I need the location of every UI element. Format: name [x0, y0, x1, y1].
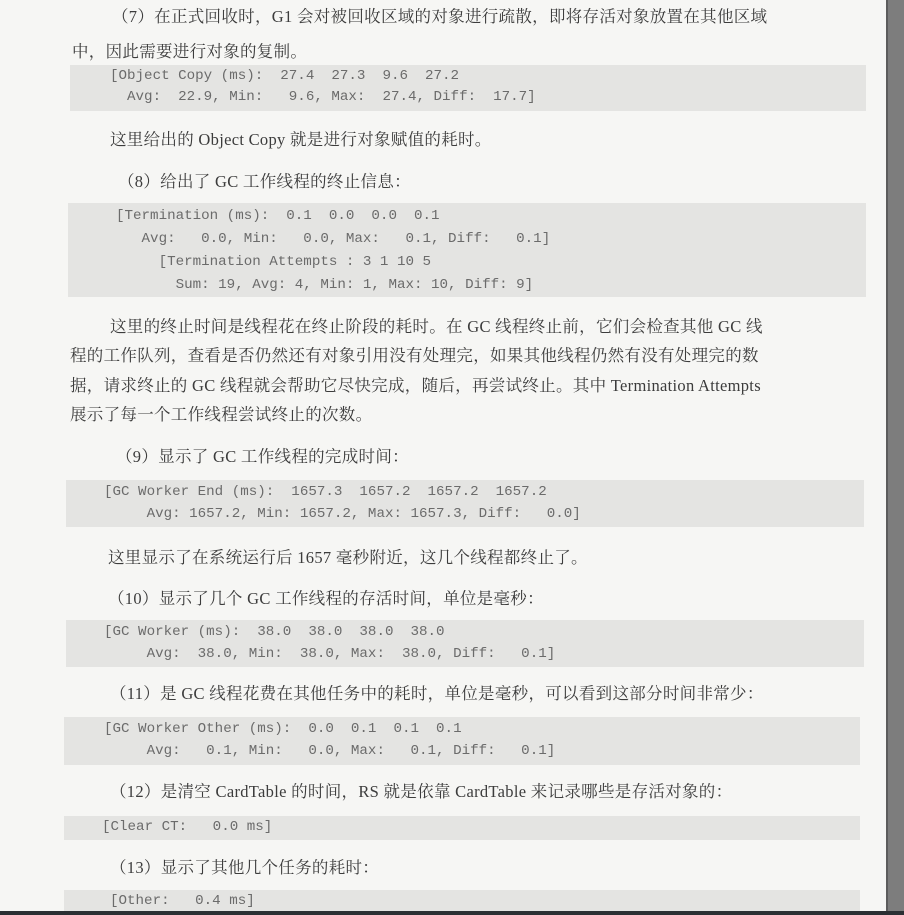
- code-line: Sum: 19, Avg: 4, Min: 1, Max: 10, Diff: …: [116, 277, 533, 293]
- section-9-explanation: 这里显示了在系统运行后 1657 毫秒附近，这几个线程都终止了。: [108, 543, 588, 572]
- book-page: （7）在正式回收时，G1 会对被回收区域的对象进行疏散，即将存活对象放置在其他区…: [0, 0, 886, 911]
- code-block-clear-ct: [Clear CT: 0.0 ms]: [64, 816, 860, 840]
- page-edge-shadow: [886, 0, 904, 911]
- section-8-explanation-line-1: 这里的终止时间是线程花在终止阶段的耗时。在 GC 线程终止前，它们会检查其他 G…: [110, 312, 763, 341]
- code-line: [Termination Attempts : 3 1 10 5: [116, 254, 431, 270]
- section-8-intro: （8）给出了 GC 工作线程的终止信息：: [118, 167, 411, 196]
- code-line: Avg: 38.0, Min: 38.0, Max: 38.0, Diff: 0…: [104, 646, 555, 662]
- section-7-intro-line-1: （7）在正式回收时，G1 会对被回收区域的对象进行疏散，即将存活对象放置在其他区…: [112, 2, 767, 31]
- section-8-explanation-line-4: 展示了每一个工作线程尝试终止的次数。: [70, 400, 372, 429]
- section-11-intro: （11）是 GC 线程花费在其他任务中的耗时，单位是毫秒，可以看到这部分时间非常…: [110, 679, 764, 708]
- code-block-object-copy: [Object Copy (ms): 27.4 27.3 9.6 27.2 Av…: [70, 65, 866, 111]
- code-block-gc-worker: [GC Worker (ms): 38.0 38.0 38.0 38.0 Avg…: [66, 620, 864, 667]
- section-7-intro-line-2: 中，因此需要进行对象的复制。: [72, 37, 307, 66]
- section-12-intro: （12）是清空 CardTable 的时间，RS 就是依靠 CardTable …: [110, 777, 732, 806]
- code-block-other: [Other: 0.4 ms]: [64, 890, 860, 911]
- section-9-intro: （9）显示了 GC 工作线程的完成时间：: [116, 442, 409, 471]
- code-line: [GC Worker (ms): 38.0 38.0 38.0 38.0: [104, 624, 445, 640]
- code-line: Avg: 0.0, Min: 0.0, Max: 0.1, Diff: 0.1]: [116, 231, 550, 247]
- code-line: [Termination (ms): 0.1 0.0 0.0 0.1: [116, 208, 440, 224]
- bottom-edge-bar: [0, 911, 904, 915]
- code-line: [GC Worker End (ms): 1657.3 1657.2 1657.…: [104, 484, 547, 500]
- code-block-termination: [Termination (ms): 0.1 0.0 0.0 0.1 Avg: …: [68, 203, 866, 297]
- code-block-gc-worker-end: [GC Worker End (ms): 1657.3 1657.2 1657.…: [66, 480, 864, 527]
- section-7-explanation: 这里给出的 Object Copy 就是进行对象赋值的耗时。: [110, 125, 492, 154]
- code-line: Avg: 1657.2, Min: 1657.2, Max: 1657.3, D…: [104, 506, 581, 522]
- section-8-explanation-line-2: 程的工作队列，查看是否仍然还有对象引用没有处理完，如果其他线程仍然有没有处理完的…: [70, 341, 759, 370]
- code-line: [Clear CT: 0.0 ms]: [102, 819, 272, 835]
- code-block-gc-worker-other: [GC Worker Other (ms): 0.0 0.1 0.1 0.1 A…: [64, 717, 860, 765]
- section-13-intro: （13）显示了其他几个任务的耗时：: [110, 853, 379, 882]
- code-line: [Object Copy (ms): 27.4 27.3 9.6 27.2: [110, 68, 459, 84]
- code-line: Avg: 0.1, Min: 0.0, Max: 0.1, Diff: 0.1]: [104, 743, 555, 759]
- code-line: [Other: 0.4 ms]: [110, 893, 255, 909]
- section-8-explanation-line-3: 据，请求终止的 GC 线程就会帮助它尽快完成，随后，再尝试终止。其中 Termi…: [70, 371, 761, 400]
- code-line: [GC Worker Other (ms): 0.0 0.1 0.1 0.1: [104, 721, 462, 737]
- section-10-intro: （10）显示了几个 GC 工作线程的存活时间，单位是毫秒：: [108, 584, 544, 613]
- code-line: Avg: 22.9, Min: 9.6, Max: 27.4, Diff: 17…: [110, 89, 536, 105]
